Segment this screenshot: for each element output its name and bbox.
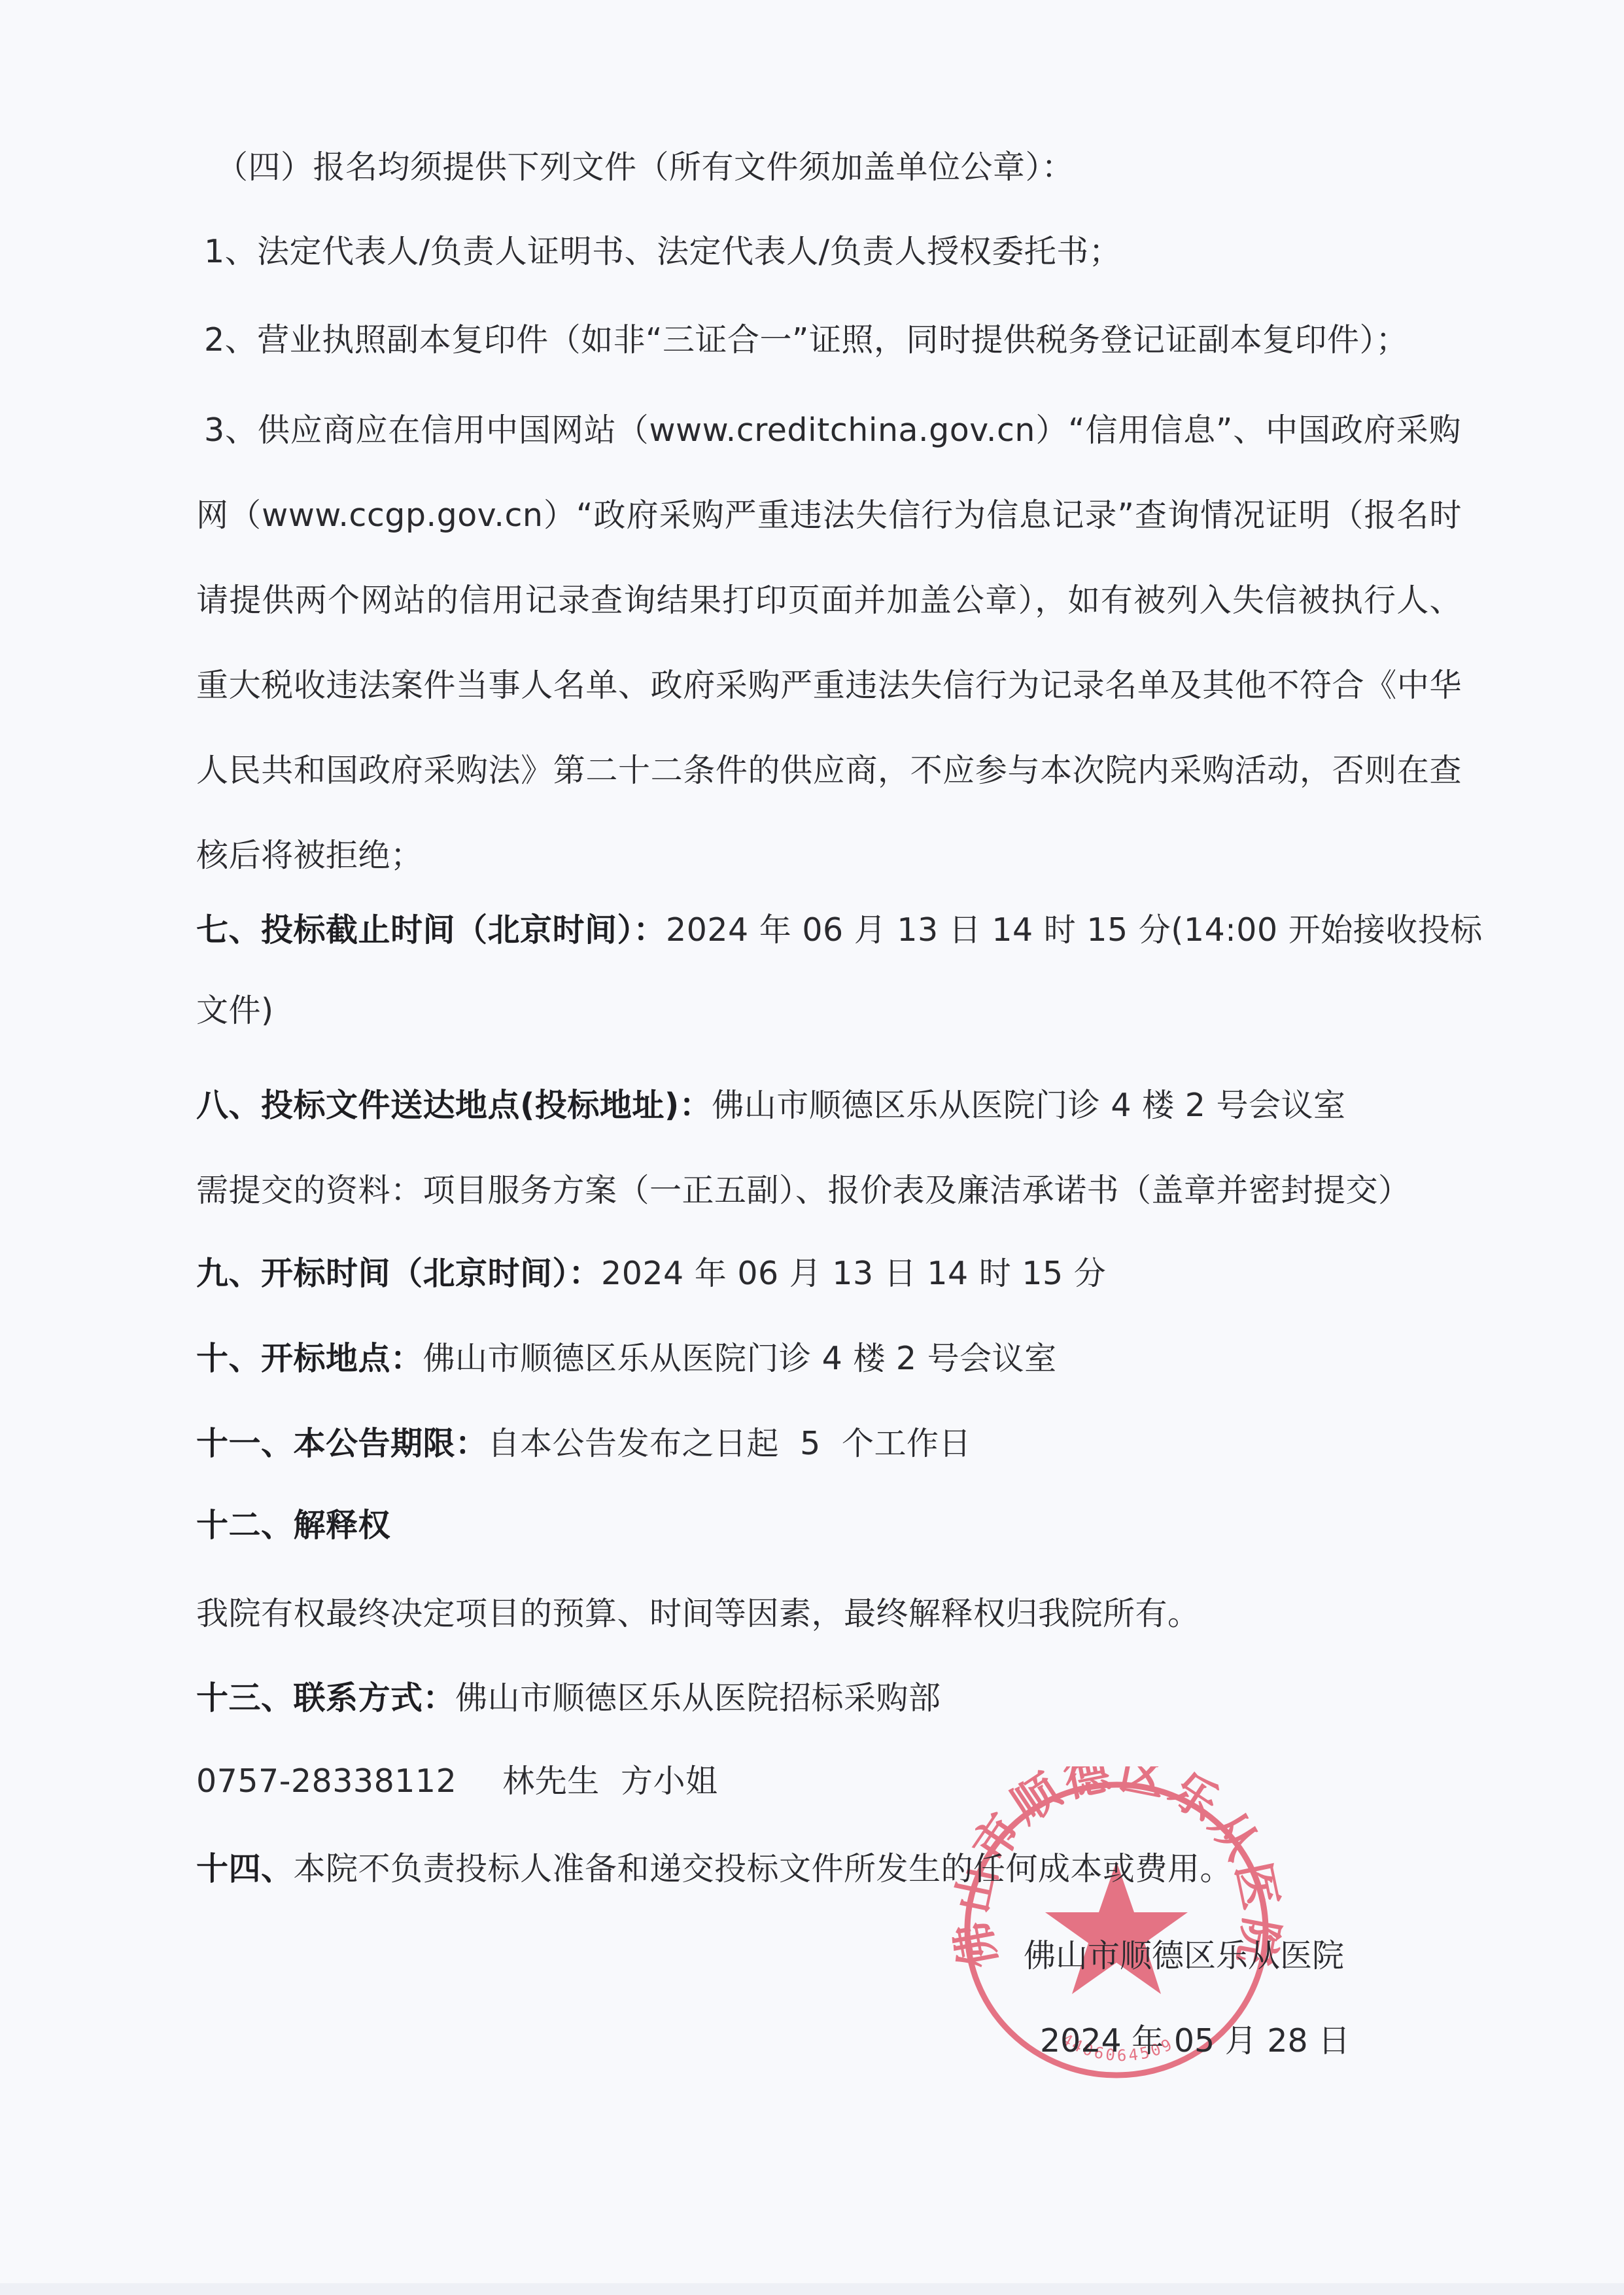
section-4-heading: （四）报名均须提供下列文件（所有文件须加盖单位公章）： [216,148,1074,187]
section-4-item-3-line-5: 人民共和国政府采购法》第二十二条件的供应商，不应参与本次院内采购活动，否则在查 [196,751,1462,790]
section-8-value: 佛山市顺德区乐从医院门诊 4 楼 2 号会议室 [712,1087,1345,1124]
section-13-contact: 0757-28338112林先生 方小姐 [196,1762,717,1801]
section-4-item-3-line-3: 请提供两个网站的信用记录查询结果打印页面并加盖公章），如有被列入失信被执行人、 [196,581,1462,620]
section-8-label: 八、投标文件送达地点(投标地址)： [196,1087,712,1124]
signature-organization: 佛山市顺德区乐从医院 [1024,1936,1344,1976]
section-12-text: 我院有权最终决定项目的预算、时间等因素，最终解释权归我院所有。 [196,1594,1200,1634]
section-9: 九、开标时间（北京时间）：2024 年 06 月 13 日 14 时 15 分 [196,1254,1106,1293]
section-11-label: 十一、本公告期限： [196,1425,488,1462]
section-10-label: 十、开标地点： [196,1340,423,1377]
section-7-label: 七、投标截止时间（北京时间）： [196,911,666,949]
section-14-text: 本院不负责投标人准备和递交投标文件所发生的任何成本或费用。 [294,1850,1233,1887]
section-11: 十一、本公告期限：自本公告发布之日起 5 个工作日 [196,1424,971,1463]
section-10-value: 佛山市顺德区乐从医院门诊 4 楼 2 号会议室 [423,1340,1057,1377]
section-13: 十三、联系方式：佛山市顺德区乐从医院招标采购部 [196,1679,941,1718]
section-12-label: 十二、解释权 [196,1506,390,1545]
contact-phone: 0757-28338112 [196,1762,457,1800]
signature-date: 2024 年 05 月 28 日 [1040,2022,1350,2061]
section-4-item-3-line-2: 网（www.ccgp.gov.cn）“政府采购严重违法失信行为信息记录”查询情况… [196,496,1462,535]
section-4-item-2: 2、营业执照副本复印件（如非“三证合一”证照，同时提供税务登记证副本复印件）； [204,321,1408,360]
page-bottom-edge [0,2283,1624,2295]
section-11-value: 自本公告发布之日起 5 个工作日 [488,1425,971,1462]
section-8: 八、投标文件送达地点(投标地址)：佛山市顺德区乐从医院门诊 4 楼 2 号会议室 [196,1086,1345,1125]
section-8-materials: 需提交的资料：项目服务方案（一正五副）、报价表及廉洁承诺书（盖章并密封提交） [196,1171,1411,1210]
section-4-item-3-line-4: 重大税收违法案件当事人名单、政府采购严重违法失信行为记录名单及其他不符合《中华 [196,666,1462,705]
section-9-value: 2024 年 06 月 13 日 14 时 15 分 [601,1255,1106,1292]
section-9-label: 九、开标时间（北京时间）： [196,1255,601,1292]
section-13-value: 佛山市顺德区乐从医院招标采购部 [455,1679,941,1717]
section-14: 十四、本院不负责投标人准备和递交投标文件所发生的任何成本或费用。 [196,1849,1232,1889]
section-4-item-3-line-1: 3、供应商应在信用中国网站（www.creditchina.gov.cn）“信用… [204,411,1461,450]
section-7-value: 2024 年 06 月 13 日 14 时 15 分(14:00 开始接收投标 [666,911,1483,949]
section-7-cont: 文件) [196,991,274,1030]
section-10: 十、开标地点：佛山市顺德区乐从医院门诊 4 楼 2 号会议室 [196,1339,1057,1378]
section-13-label: 十三、联系方式： [196,1679,455,1717]
section-7: 七、投标截止时间（北京时间）：2024 年 06 月 13 日 14 时 15 … [196,911,1483,950]
section-4-item-3-line-6: 核后将被拒绝； [196,836,423,875]
section-14-label: 十四、 [196,1850,294,1887]
section-4-item-1: 1、法定代表人/负责人证明书、法定代表人/负责人授权委托书； [204,232,1121,272]
contact-persons: 林先生 方小姐 [502,1762,717,1800]
